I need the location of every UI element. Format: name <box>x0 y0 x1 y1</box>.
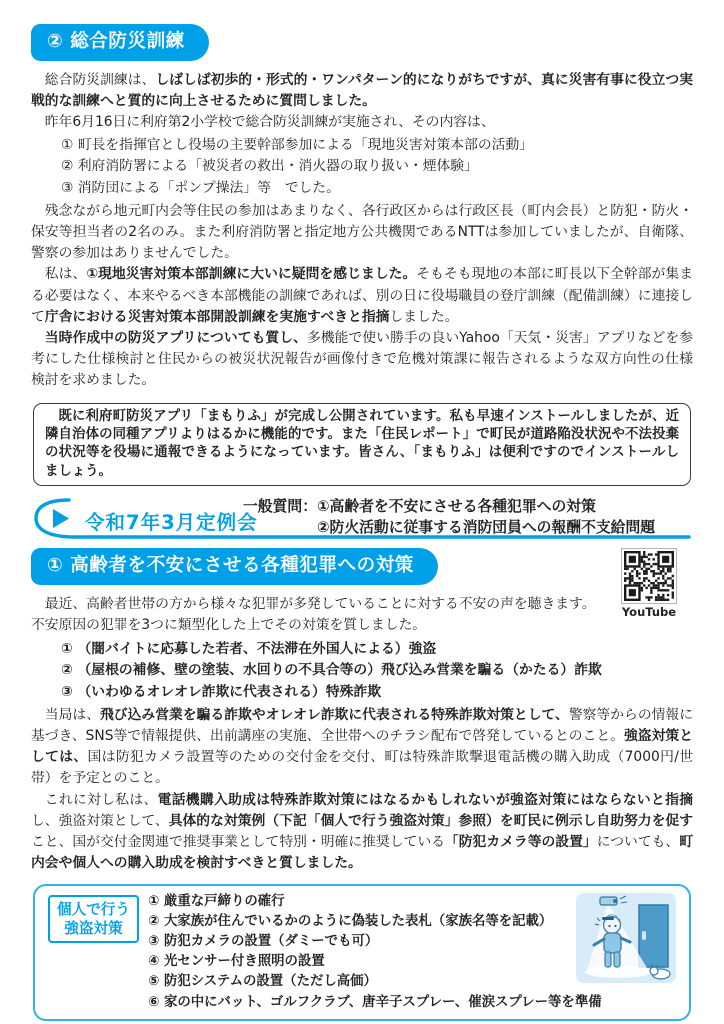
list-item: ③ 消防団による「ポンプ操法」等 でした。 <box>31 178 693 199</box>
youtube-qr-block: YouTube <box>605 548 693 612</box>
list-item: ② （屋根の補修、壁の塗装、水回りの不具合等の）飛び込み営業を騙る（かたる）詐欺 <box>31 660 693 681</box>
burglar-spotlight-illustration <box>576 893 676 983</box>
paragraph: これに対し私は、電話機購入助成は特殊詐欺対策にはなるかもしれないが強盗対策にはな… <box>31 790 693 875</box>
session-header: 令和7年3月定例会 一般質問： ①高齢者を不安にさせる各種犯罪への対策 ②防火活… <box>31 497 693 541</box>
list-item: ③ （いわゆるオレオレ詐欺に代表される）特殊詐欺 <box>31 682 693 703</box>
panel-label: 個人で行う強盗対策 <box>48 895 139 943</box>
paragraph: 私は、①現地災害対策本部訓練に大いに疑問を感じました。そもそも現地の本部に町長以… <box>31 264 693 328</box>
qr-code-label: YouTube <box>605 606 693 619</box>
list-item: ① 町長を指揮官とし役場の主要幹部参加による「現地災害対策本部の活動」 <box>31 135 693 156</box>
section-hanzai: YouTube ① 高齢者を不安にさせる各種犯罪への対策 最近、高齢者世帯の方か… <box>31 548 693 1020</box>
general-questions: 一般質問： ①高齢者を不安にさせる各種犯罪への対策 ②防火活動に従事する消防団員… <box>243 497 655 538</box>
paragraph: 当時作成中の防災アプリについても質し、多機能で使い勝手の良いYahoo「天気・災… <box>31 328 693 392</box>
question-1: ①高齢者を不安にさせる各種犯罪への対策 <box>317 497 655 518</box>
list-item: ② 利府消防署による「被災者の救出・消火器の取り扱い・煙体験」 <box>31 156 693 177</box>
list-item: ① （闇バイトに応募した若者、不法滞在外国人による）強盗 <box>31 639 693 660</box>
paragraph: 総合防災訓練は、しばしば初歩的・形式的・ワンパターン的になりがちですが、真に災害… <box>31 70 693 112</box>
section-heading-hanzai: ① 高齢者を不安にさせる各種犯罪への対策 <box>31 548 438 585</box>
question-2: ②防火活動に従事する消防団員への報酬不支給問題 <box>317 518 655 539</box>
questions-label: 一般質問： <box>243 497 317 518</box>
paragraph: 残念ながら地元町内会等住民の参加はあまりなく、各行政区からは行政区長（町内会長）… <box>31 201 693 265</box>
paragraph: 最近、高齢者世帯の方から様々な犯罪が多発していることに対する不安の声を聴きます。… <box>31 594 693 636</box>
training-list: ① 町長を指揮官とし役場の主要幹部参加による「現地災害対策本部の活動」 ② 利府… <box>31 135 693 199</box>
burglary-countermeasures-panel: 個人で行う強盗対策 ① 厳重な戸締りの確行 ② 大家族が住んでいるかのように偽装… <box>33 884 691 1021</box>
newsletter-page: ② 総合防災訓練 総合防災訓練は、しばしば初歩的・形式的・ワンパターン的になりが… <box>0 0 724 1024</box>
paragraph: 当局は、飛び込み営業を騙る詐欺やオレオレ詐欺に代表される特殊詐欺対策として、警察… <box>31 705 693 790</box>
mamorifu-callout-box: 既に利府町防災アプリ「まもりふ」が完成し公開されています。私も早速インストールし… <box>33 403 691 487</box>
section-heading-bousai: ② 総合防災訓練 <box>31 24 209 61</box>
list-item: ⑥ 家の中にバット、ゴルフクラブ、唐辛子スプレー、催涙スプレー等を準備 <box>148 993 677 1013</box>
qr-code <box>621 548 677 604</box>
paragraph: 昨年6月16日に利府第2小学校で総合防災訓練が実施され、その内容は、 <box>31 112 693 133</box>
session-title: 令和7年3月定例会 <box>85 507 258 535</box>
play-triangle-icon <box>53 509 69 528</box>
section-bousai: ② 総合防災訓練 総合防災訓練は、しばしば初歩的・形式的・ワンパターン的になりが… <box>31 24 693 486</box>
crime-type-list: ① （闇バイトに応募した若者、不法滞在外国人による）強盗 ② （屋根の補修、壁の… <box>31 639 693 703</box>
